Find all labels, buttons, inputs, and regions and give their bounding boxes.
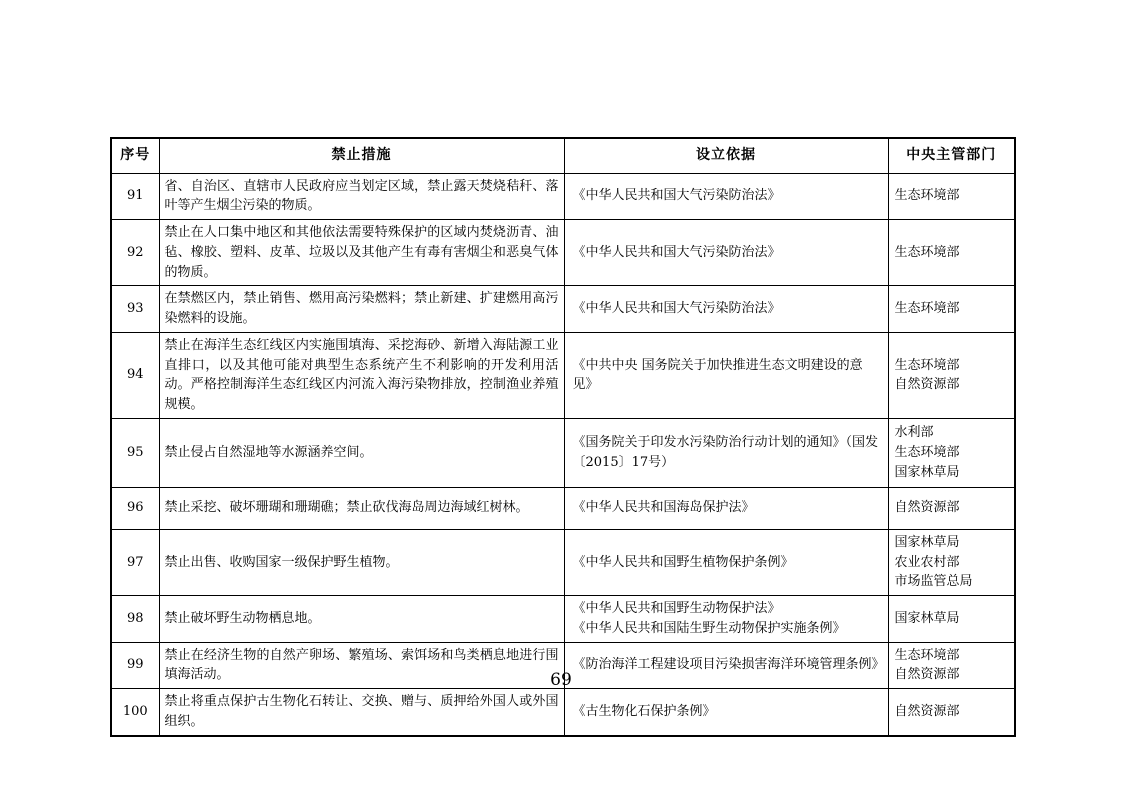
table-row: 91 省、自治区、直辖市人民政府应当划定区域，禁止露天焚烧秸秆、落叶等产生烟尘污… xyxy=(111,173,1015,220)
document-page: 序号 禁止措施 设立依据 中央主管部门 91 省、自治区、直辖市人民政府应当划定… xyxy=(0,0,1122,793)
table-row: 96 禁止采挖、破坏珊瑚和珊瑚礁；禁止砍伐海岛周边海域红树林。 《中华人民共和国… xyxy=(111,487,1015,529)
department-cell: 自然资源部 xyxy=(888,689,1015,736)
measure-cell: 禁止侵占自然湿地等水源涵养空间。 xyxy=(159,418,564,487)
basis-cell: 《中华人民共和国大气污染防治法》 xyxy=(564,173,888,220)
department-cell: 国家林草局 农业农村部 市场监管总局 xyxy=(888,529,1015,595)
measure-cell: 禁止在人口集中地区和其他依法需要特殊保护的区域内焚烧沥青、油毡、橡胶、塑料、皮革… xyxy=(159,220,564,286)
department-cell: 生态环境部 xyxy=(888,220,1015,286)
row-number-cell: 94 xyxy=(111,332,159,418)
department-cell: 生态环境部 自然资源部 xyxy=(888,332,1015,418)
department-cell: 生态环境部 xyxy=(888,286,1015,333)
row-number-cell: 93 xyxy=(111,286,159,333)
basis-cell: 《古生物化石保护条例》 xyxy=(564,689,888,736)
basis-cell: 《中共中央 国务院关于加快推进生态文明建设的意见》 xyxy=(564,332,888,418)
col-header-measure: 禁止措施 xyxy=(159,138,564,173)
department-cell: 自然资源部 xyxy=(888,487,1015,529)
table-row: 92 禁止在人口集中地区和其他依法需要特殊保护的区域内焚烧沥青、油毡、橡胶、塑料… xyxy=(111,220,1015,286)
basis-cell: 《中华人民共和国大气污染防治法》 xyxy=(564,286,888,333)
table-row: 97 禁止出售、收购国家一级保护野生植物。 《中华人民共和国野生植物保护条例》 … xyxy=(111,529,1015,595)
department-cell: 水利部 生态环境部 国家林草局 xyxy=(888,418,1015,487)
col-header-number: 序号 xyxy=(111,138,159,173)
department-cell: 国家林草局 xyxy=(888,596,1015,643)
table-row: 93 在禁燃区内，禁止销售、燃用高污染燃料；禁止新建、扩建燃用高污染燃料的设施。… xyxy=(111,286,1015,333)
measure-cell: 在禁燃区内，禁止销售、燃用高污染燃料；禁止新建、扩建燃用高污染燃料的设施。 xyxy=(159,286,564,333)
measure-cell: 禁止破坏野生动物栖息地。 xyxy=(159,596,564,643)
page-number: 69 xyxy=(0,670,1122,690)
table-header-row: 序号 禁止措施 设立依据 中央主管部门 xyxy=(111,138,1015,173)
row-number-cell: 98 xyxy=(111,596,159,643)
measure-cell: 省、自治区、直辖市人民政府应当划定区域，禁止露天焚烧秸秆、落叶等产生烟尘污染的物… xyxy=(159,173,564,220)
basis-cell: 《国务院关于印发水污染防治行动计划的通知》（国发〔2015〕17号） xyxy=(564,418,888,487)
measure-cell: 禁止在海洋生态红线区内实施围填海、采挖海砂、新增入海陆源工业直排口，以及其他可能… xyxy=(159,332,564,418)
measure-cell: 禁止出售、收购国家一级保护野生植物。 xyxy=(159,529,564,595)
measure-cell: 禁止将重点保护古生物化石转让、交换、赠与、质押给外国人或外国组织。 xyxy=(159,689,564,736)
measure-cell: 禁止采挖、破坏珊瑚和珊瑚礁；禁止砍伐海岛周边海域红树林。 xyxy=(159,487,564,529)
row-number-cell: 95 xyxy=(111,418,159,487)
basis-cell: 《中华人民共和国野生植物保护条例》 xyxy=(564,529,888,595)
row-number-cell: 100 xyxy=(111,689,159,736)
row-number-cell: 97 xyxy=(111,529,159,595)
row-number-cell: 96 xyxy=(111,487,159,529)
department-cell: 生态环境部 xyxy=(888,173,1015,220)
col-header-basis: 设立依据 xyxy=(564,138,888,173)
basis-cell: 《中华人民共和国野生动物保护法》 《中华人民共和国陆生野生动物保护实施条例》 xyxy=(564,596,888,643)
prohibition-measures-table: 序号 禁止措施 设立依据 中央主管部门 91 省、自治区、直辖市人民政府应当划定… xyxy=(110,137,1016,737)
table-row: 100 禁止将重点保护古生物化石转让、交换、赠与、质押给外国人或外国组织。 《古… xyxy=(111,689,1015,736)
table-row: 95 禁止侵占自然湿地等水源涵养空间。 《国务院关于印发水污染防治行动计划的通知… xyxy=(111,418,1015,487)
row-number-cell: 92 xyxy=(111,220,159,286)
row-number-cell: 91 xyxy=(111,173,159,220)
table-row: 98 禁止破坏野生动物栖息地。 《中华人民共和国野生动物保护法》 《中华人民共和… xyxy=(111,596,1015,643)
col-header-department: 中央主管部门 xyxy=(888,138,1015,173)
basis-cell: 《中华人民共和国海岛保护法》 xyxy=(564,487,888,529)
basis-cell: 《中华人民共和国大气污染防治法》 xyxy=(564,220,888,286)
table-row: 94 禁止在海洋生态红线区内实施围填海、采挖海砂、新增入海陆源工业直排口，以及其… xyxy=(111,332,1015,418)
